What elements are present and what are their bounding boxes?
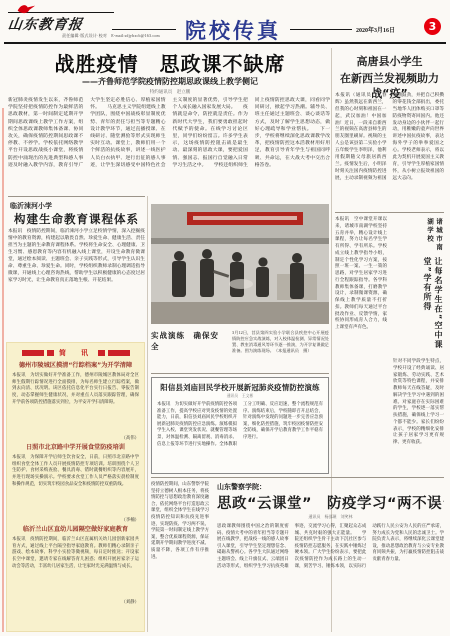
police-top-rule xyxy=(151,477,444,478)
briefs-section: 简 讯 德州市陵城区摸清“行踪档案”为开学清障 本报讯 为切实做好开学准备工作，… xyxy=(6,342,145,632)
ribbon-segment xyxy=(22,350,44,356)
main-deck: ——齐鲁师范学院疫情防控期思政课线上教学侧记 xyxy=(25,76,315,87)
main-body: 新冠肺炎疫情发生以来，齐鲁师范学院坚持把疫情防控作为最鲜活的思政教材，第一时间制… xyxy=(8,97,330,192)
brief-headline: 临沂兰山区直幼儿园隔空做好家庭教育 xyxy=(12,526,139,534)
caption-bottom-rule xyxy=(151,373,329,374)
brief-body: 本报讯 为切实做好开学准备工作，德州市陵城区教体局对全区师生假期行踪情况进行全面… xyxy=(12,372,139,434)
zhucheng-kicker: 诸城市南湖学校 xyxy=(397,218,444,257)
news-photo xyxy=(151,204,329,324)
brief-body: 本报讯 为保障开学后师生饮食安全，日前，日照市北京路中学组织食堂全体工作人员开展… xyxy=(12,454,139,516)
masthead-bird-icon xyxy=(16,2,36,14)
photo-caption-title: 实战演练 确保安全 xyxy=(151,330,227,368)
newspaper-page: 山东教育报 责任编辑·版式设计·校对 E-mail:sdjybxcb@163.c… xyxy=(0,0,450,636)
suhe-top-rule xyxy=(8,196,145,197)
zhucheng-article: 本报讯 空中课堂开课以来，诸城市南湖学校坚持五育并举，精心设计线上课程，努力让每… xyxy=(335,216,444,474)
brief-sign: （李楠） xyxy=(12,517,139,523)
zhucheng-headline-box: 诸城市南湖学校 让每名学生在“空中课堂”学有所得 xyxy=(393,218,444,352)
photo-caption-text: 3月12日，莒县第四实验小学联合县疾控中心开展疫情防控应急实战演练，对入校体温检… xyxy=(232,330,329,368)
police-body: 思政课教师围绕中国之治的制度密码、疫情大考中的青年担当等专题开展在线教学，把战疫… xyxy=(217,523,444,634)
zhucheng-body-col1: 本报讯 空中课堂开课以来，诸城市南湖学校坚持五育并举，精心设计线上课程，努力让每… xyxy=(335,216,387,474)
brief-body: 本报讯 疫情防控期间，临沂兰山区直属机关幼儿园创新家园共育方式，通过线上平台隔空… xyxy=(12,536,139,598)
issue-date: 2020年3月16日 xyxy=(356,25,416,34)
briefs-ribbon-label: 简 讯 xyxy=(55,348,96,358)
brief-sign: （刘静） xyxy=(12,599,139,605)
column-divider-left xyxy=(147,196,148,632)
page-number-badge: 3 xyxy=(424,18,441,35)
yangxin-byline: 通讯员 王文彬 xyxy=(157,394,323,399)
yangxin-article: 阳信县刘庙回民学校开展新冠肺炎疫情防控演练 通讯员 王文彬 本报讯 为切实做好开… xyxy=(151,377,329,474)
ribbon-segment xyxy=(98,350,105,356)
yangxin-body: 本报讯 为切实做好开学前疫情防控各项准备工作，提高学校应对突发疫情的处置能力，日… xyxy=(157,401,323,469)
police-article: 疫情防控期间，山东警察学院坚持立德树人根本任务，将疫情防控与思想政治教育深度融合… xyxy=(151,481,444,634)
suhe-headline: 构建生命教育课程体系 xyxy=(8,211,145,227)
photo-caption: 实战演练 确保安全 3月12日，莒县第四实验小学联合县疾控中心开展疫情防控应急实… xyxy=(151,330,329,368)
main-headline: 战胜疫情 思政课不缺席 xyxy=(25,48,315,77)
section-title: 院校传真 xyxy=(178,15,288,45)
title-right-rule xyxy=(290,29,352,30)
gaotang-bottom-rule xyxy=(335,212,444,213)
suhe-kicker: 临沂涑河小学 xyxy=(10,201,145,211)
left-margin-rule xyxy=(2,108,4,632)
gaotang-headline-line1: 高唐县小学生 xyxy=(335,55,444,70)
brief-sign: （高伟） xyxy=(12,435,139,441)
title-left-rule xyxy=(112,29,176,30)
header-rule xyxy=(4,42,446,44)
brief-headline: 德州市陵城区摸清“行踪档案”为开学清障 xyxy=(12,362,139,370)
brief-headline: 日照市北京路中学开展食堂防疫培训 xyxy=(12,444,139,452)
suhe-body: 本报讯 疫情防控期间，临沂涑河小学立足校情学情，深入挖掘疫情中的教育资源，构建起… xyxy=(8,228,145,336)
police-byline: 通讯员 杨邵瑛 刘笑林 xyxy=(217,514,444,520)
police-headline: 思政“云课堂” 防疫学习“两不误” xyxy=(217,492,444,513)
zhucheng-body-col2: 针对不同学段学生特点，学校开设了经典诵读、居家锻炼、劳动实践、艺术欣赏等特色课程… xyxy=(393,358,444,474)
ribbon-segment xyxy=(108,350,130,356)
yangxin-headline: 阳信县刘庙回民学校开展新冠肺炎疫情防控演练 xyxy=(157,382,323,393)
main-byline: 特约通讯员 赵立鹏 xyxy=(25,89,315,95)
briefs-ribbon: 简 讯 xyxy=(12,348,139,358)
masthead-title: 山东教育报 xyxy=(7,14,117,34)
zhucheng-headline: 让每名学生在“空中课堂”学有所得 xyxy=(393,257,444,352)
ribbon-segment xyxy=(47,350,54,356)
police-body-left: 疫情防控期间，山东警察学院坚持立德树人根本任务，将疫情防控与思想政治教育深度融合… xyxy=(151,481,209,634)
police-kicker: 山东警察学院： xyxy=(217,482,444,492)
gaotang-body: 本报讯（通讯员 王春辉）虽然我远在新西兰，但我的心时刻和祖国在一起，武汉加油！中… xyxy=(335,92,444,208)
